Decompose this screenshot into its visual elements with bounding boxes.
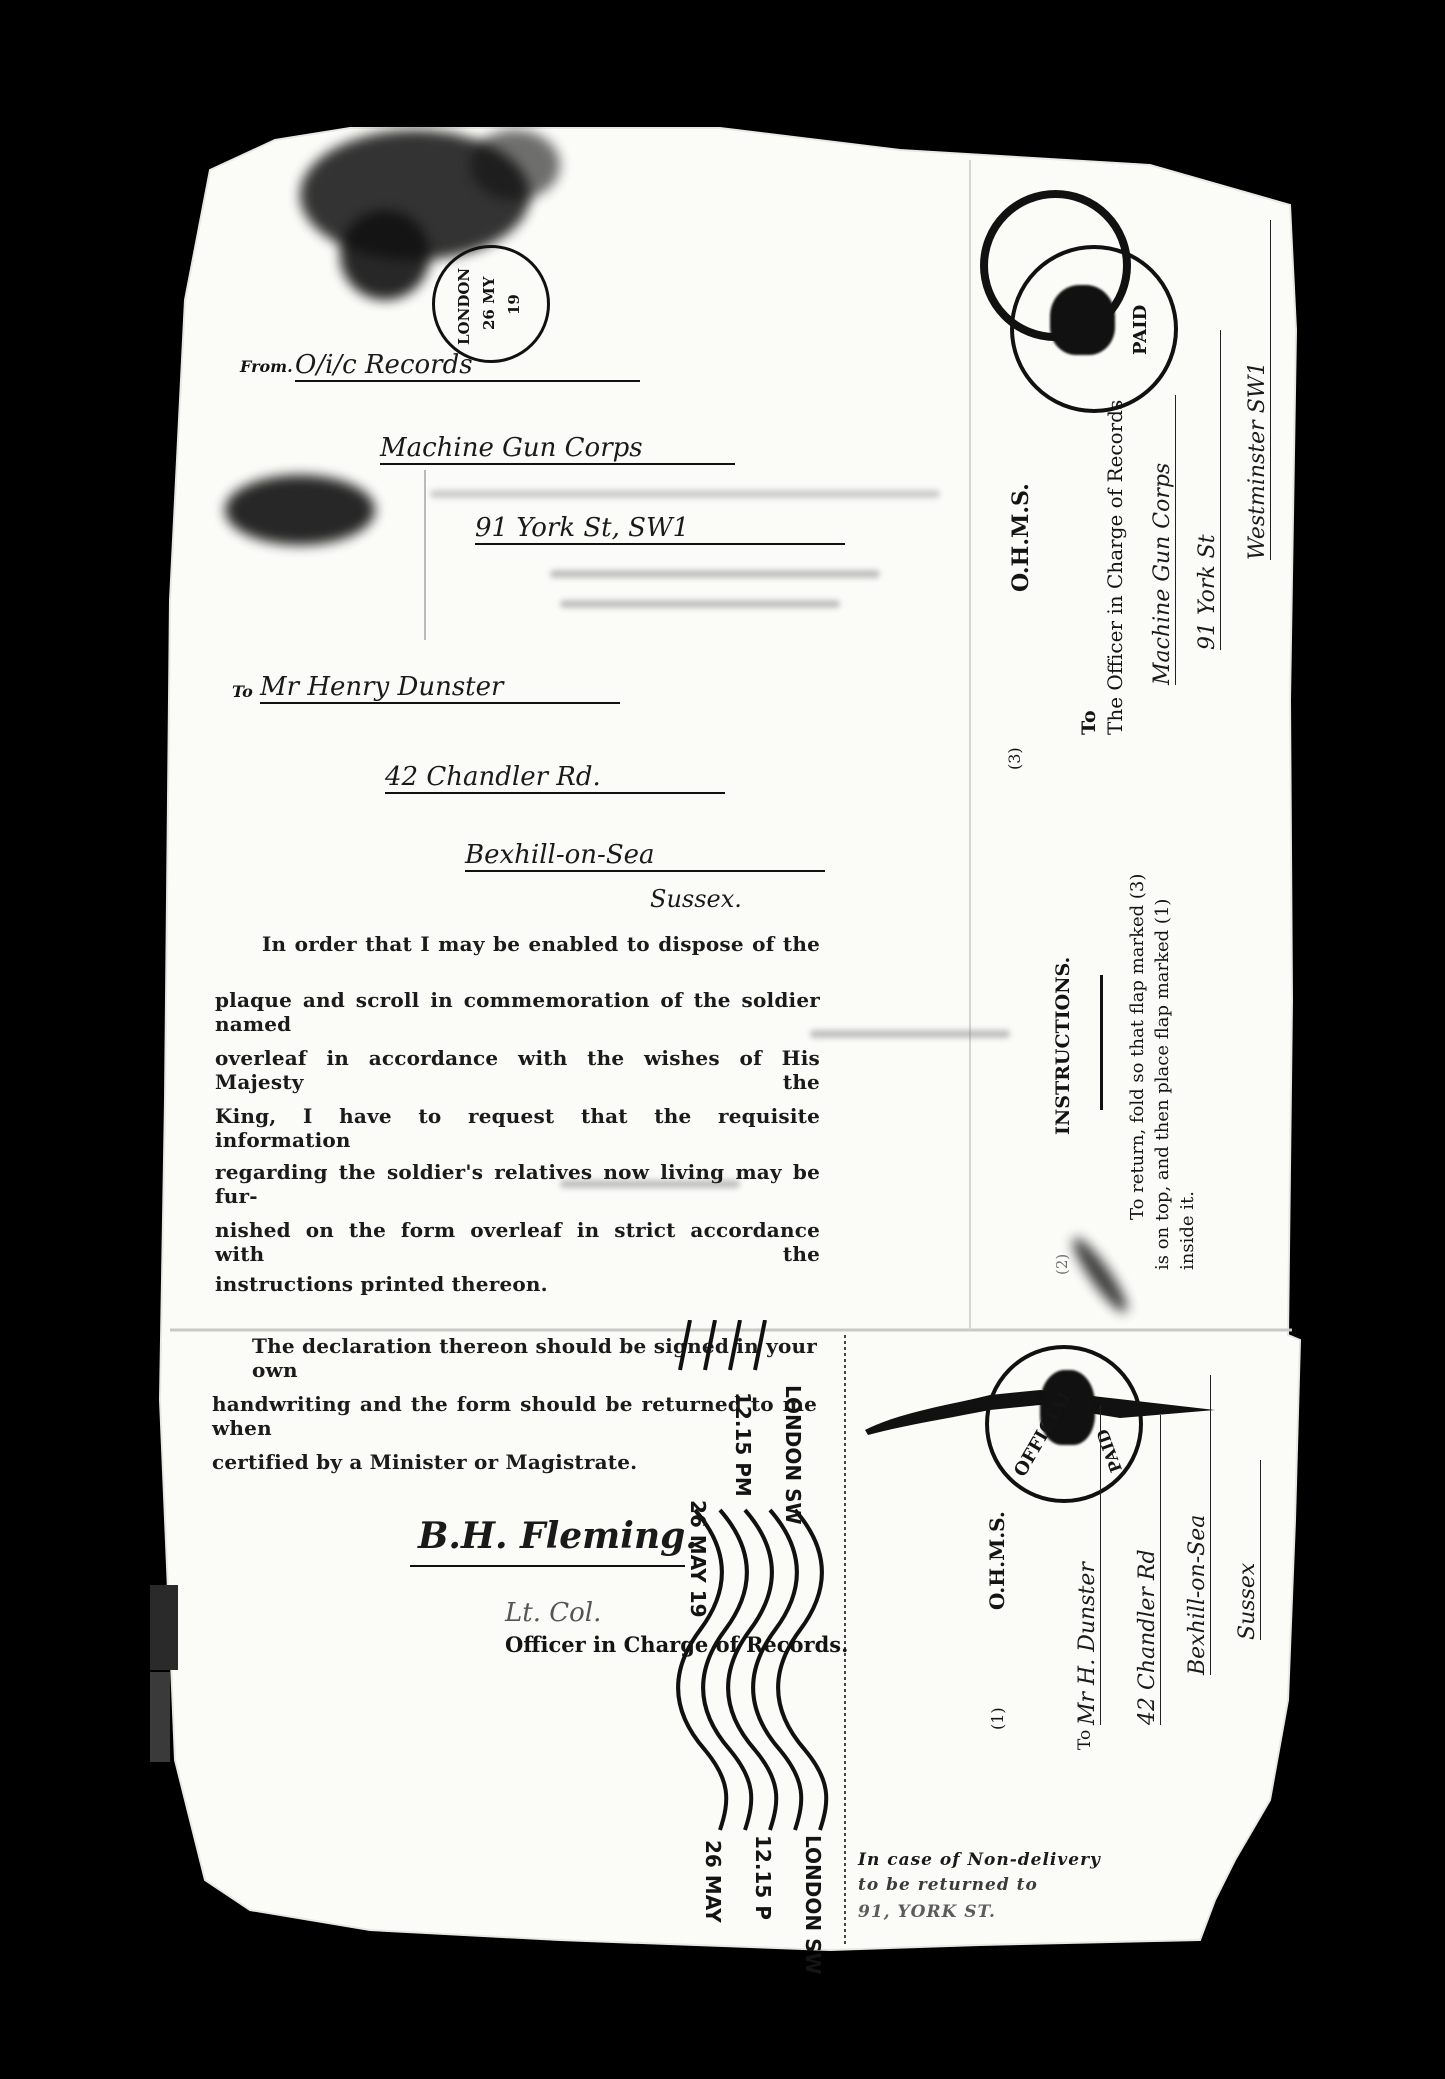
- non-delivery-line: In case of Non-delivery: [858, 1850, 1101, 1870]
- instructions-title: INSTRUCTIONS.: [1052, 957, 1074, 1135]
- body-line: plaque and scroll in commemoration of th…: [215, 988, 820, 1036]
- from-line-3: 91 York St, SW1: [475, 513, 845, 545]
- body-line: overleaf in accordance with the wishes o…: [215, 1046, 820, 1094]
- non-delivery-line: 91, YORK ST.: [858, 1902, 996, 1922]
- cancel-date-bottom: 26 MAY: [701, 1840, 725, 1923]
- to-name: Mr Henry Dunster: [260, 672, 620, 704]
- flap-2-marker: (2): [1053, 1254, 1071, 1275]
- ink-blot: [340, 210, 430, 300]
- return-hand-1: Machine Gun Corps: [1150, 395, 1176, 685]
- to-address-2: Bexhill-on-Sea: [465, 840, 825, 872]
- from-label: From.: [240, 357, 293, 376]
- postmark-date: 26 MY: [480, 277, 498, 330]
- flap-1-marker: (1): [988, 1707, 1007, 1730]
- ohms-lower: O.H.M.S.: [985, 1511, 1009, 1610]
- lower-hand-4: Sussex: [1235, 1460, 1261, 1640]
- body-line: King, I have to request that the requisi…: [215, 1104, 820, 1152]
- body-line: In order that I may be enabled to dispos…: [262, 932, 820, 956]
- body-line: nished on the form overleaf in strict ac…: [215, 1218, 820, 1266]
- to-label-right: To: [1078, 710, 1100, 735]
- cancel-time-bottom: 12.15 P: [751, 1835, 775, 1920]
- cancel-date-top: 26 MAY 19: [686, 1500, 710, 1618]
- instructions-line: is on top, and then place flap marked (1…: [1152, 899, 1173, 1270]
- lower-hand-2: 42 Chandler Rd: [1135, 1415, 1161, 1725]
- to-label-lower: To: [1075, 1730, 1095, 1750]
- cancel-time-top: 12.15 PM: [731, 1392, 755, 1497]
- return-addressee: The Officer in Charge of Records: [1103, 400, 1127, 735]
- postmark-text: LONDON: [455, 268, 473, 345]
- instructions-line: inside it.: [1177, 1191, 1198, 1270]
- from-line-1: O/i/c Records: [295, 350, 640, 382]
- return-hand-2: 91 York St: [1195, 330, 1221, 650]
- from-line-2: Machine Gun Corps: [380, 433, 735, 465]
- to-address-3: Sussex.: [650, 885, 742, 913]
- body-line: regarding the soldier's relatives now li…: [215, 1160, 820, 1208]
- return-hand-3: Westminster SW1: [1245, 220, 1271, 560]
- cancel-office-bottom: LONDON SW: [801, 1835, 825, 1975]
- signature-rank: Lt. Col.: [505, 1598, 601, 1628]
- flap-3-marker: (3): [1005, 747, 1024, 770]
- ink-blot: [225, 475, 375, 545]
- to-address-1: 42 Chandler Rd.: [385, 762, 725, 794]
- instructions-rule: [1100, 975, 1103, 1110]
- postmark-year: 19: [505, 294, 523, 315]
- ink-blot: [470, 130, 560, 200]
- signature-line: [410, 1565, 685, 1567]
- document-scan: LONDON 26 MY 19 From. O/i/c Records Mach…: [0, 0, 1445, 2079]
- instructions-line: To return, fold so that flap marked (3): [1127, 874, 1148, 1220]
- crown-icon: [1050, 285, 1115, 355]
- to-label: To: [232, 682, 253, 701]
- body-line: instructions printed thereon.: [215, 1272, 820, 1296]
- cancel-office-top: LONDON SW: [781, 1385, 805, 1525]
- lower-hand-1: Mr H. Dunster: [1075, 1405, 1101, 1725]
- stamp-paid-text: PAID: [1130, 305, 1151, 355]
- non-delivery-line: to be returned to: [858, 1875, 1038, 1895]
- lower-hand-3: Bexhill-on-Sea: [1185, 1375, 1211, 1675]
- signature: B.H. Fleming.: [418, 1515, 698, 1557]
- ohms-top: O.H.M.S.: [1008, 483, 1034, 592]
